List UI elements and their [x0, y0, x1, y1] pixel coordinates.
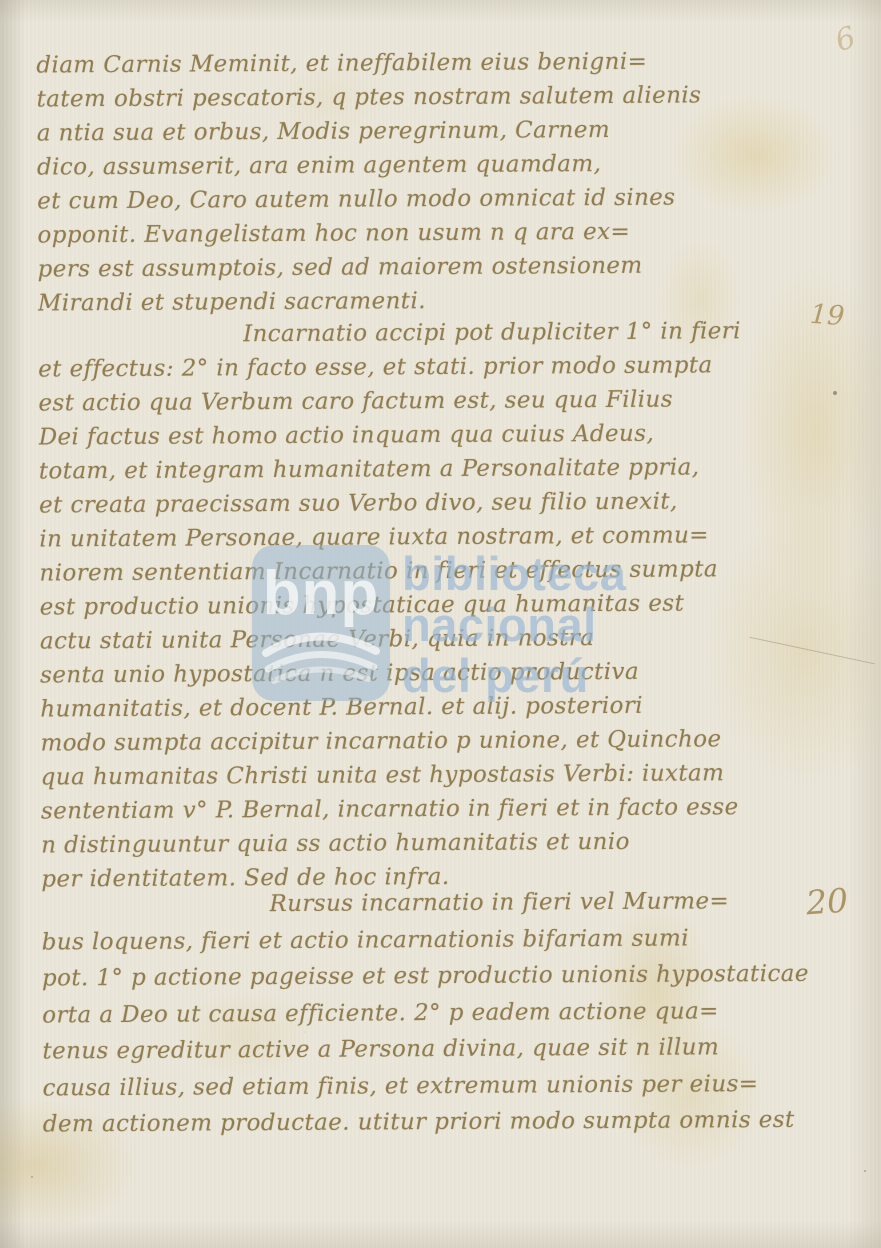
- manuscript-paragraph: Rursus incarnatio in fieri vel Murme=bus…: [41, 888, 853, 1148]
- watermark-line: nacional: [402, 599, 626, 650]
- manuscript-line: totam, et integram humanitatem a Persona…: [39, 454, 849, 493]
- manuscript-line: per identitatem. Sed de hoc infra.: [41, 862, 851, 901]
- manuscript-line: sententiam v° P. Bernal, incarnatio in f…: [41, 794, 851, 833]
- bnp-swoosh-icon: [260, 627, 382, 685]
- manuscript-line: Incarnatio accipi pot dupliciter 1° in f…: [243, 318, 848, 356]
- manuscript-line: et effectus: 2° in facto esse, et stati.…: [38, 352, 848, 391]
- manuscript-line: Rursus incarnatio in fieri vel Murme=: [269, 888, 851, 928]
- bnp-logo-text: bnp: [263, 563, 380, 625]
- manuscript-line: et cum Deo, Caro autem nullo modo omnica…: [37, 184, 847, 223]
- manuscript-line: diam Carnis Meminit, et ineffabilem eius…: [36, 48, 846, 87]
- manuscript-line: pot. 1° p actione pageisse et est produc…: [42, 961, 852, 1002]
- manuscript-line: est actio qua Verbum caro factum est, se…: [38, 386, 848, 425]
- manuscript-line: orta a Deo ut causa efficiente. 2° p ead…: [42, 997, 852, 1038]
- manuscript-line: senta unio hypostatica n est ipsa actio …: [40, 658, 850, 697]
- library-watermark: bnp biblioteca nacional del perú: [0, 0, 881, 1248]
- watermark-text: biblioteca nacional del perú: [402, 548, 626, 701]
- manuscript-line: tenus egreditur active a Persona divina,…: [42, 1034, 852, 1075]
- manuscript-paragraph: Incarnatio accipi pot dupliciter 1° in f…: [38, 318, 852, 901]
- manuscript-line: pers est assumptois, sed ad maiorem oste…: [38, 252, 848, 291]
- manuscript-line: dico, assumserit, ara enim agentem quamd…: [37, 150, 847, 189]
- manuscript-line: in unitatem Personae, quare iuxta nostra…: [39, 522, 849, 561]
- margin-paragraph-number: 19: [809, 299, 845, 332]
- manuscript-page-scan: diam Carnis Meminit, et ineffabilem eius…: [0, 0, 881, 1248]
- manuscript-line: niorem sententiam Incarnatio in fieri et…: [39, 556, 849, 595]
- manuscript-line: est productio unionis hypostaticae qua h…: [40, 590, 850, 629]
- folio-number: 6: [831, 20, 860, 59]
- paper-specks: [833, 391, 837, 395]
- manuscript-line: et creata praecissam suo Verbo divo, seu…: [39, 488, 849, 527]
- manuscript-line: a ntia sua et orbus, Modis peregrinum, C…: [37, 116, 847, 155]
- manuscript-line: n distinguuntur quia ss actio humanitati…: [41, 828, 851, 867]
- manuscript-line: tatem obstri pescatoris, q ptes nostram …: [37, 82, 847, 121]
- bnp-logo: bnp: [252, 545, 390, 701]
- manuscript-line: humanitatis, et docent P. Bernal. et ali…: [40, 692, 850, 731]
- handwriting-layer: diam Carnis Meminit, et ineffabilem eius…: [36, 0, 846, 2]
- margin-paragraph-number: 20: [805, 881, 850, 923]
- manuscript-line: opponit. Evangelistam hoc non usum n q a…: [37, 218, 847, 257]
- manuscript-line: Mirandi et stupendi sacramenti.: [38, 286, 848, 325]
- manuscript-line: Dei factus est homo actio inquam qua cui…: [39, 420, 849, 459]
- manuscript-line: dem actionem productae. utitur priori mo…: [43, 1107, 853, 1148]
- paper-crease: [749, 637, 874, 665]
- manuscript-line: modo sumpta accipitur incarnatio p union…: [40, 726, 850, 765]
- manuscript-line: bus loquens, fieri et actio incarnationi…: [42, 924, 852, 965]
- watermark-line: del perú: [402, 650, 626, 701]
- manuscript-line: qua humanitas Christi unita est hypostas…: [41, 760, 851, 799]
- manuscript-line: causa illius, sed etiam finis, et extrem…: [43, 1070, 853, 1111]
- watermark-line: biblioteca: [402, 548, 626, 599]
- manuscript-paragraph: diam Carnis Meminit, et ineffabilem eius…: [36, 48, 848, 325]
- manuscript-line: actu stati unita Personae Verbi, quia in…: [40, 624, 850, 663]
